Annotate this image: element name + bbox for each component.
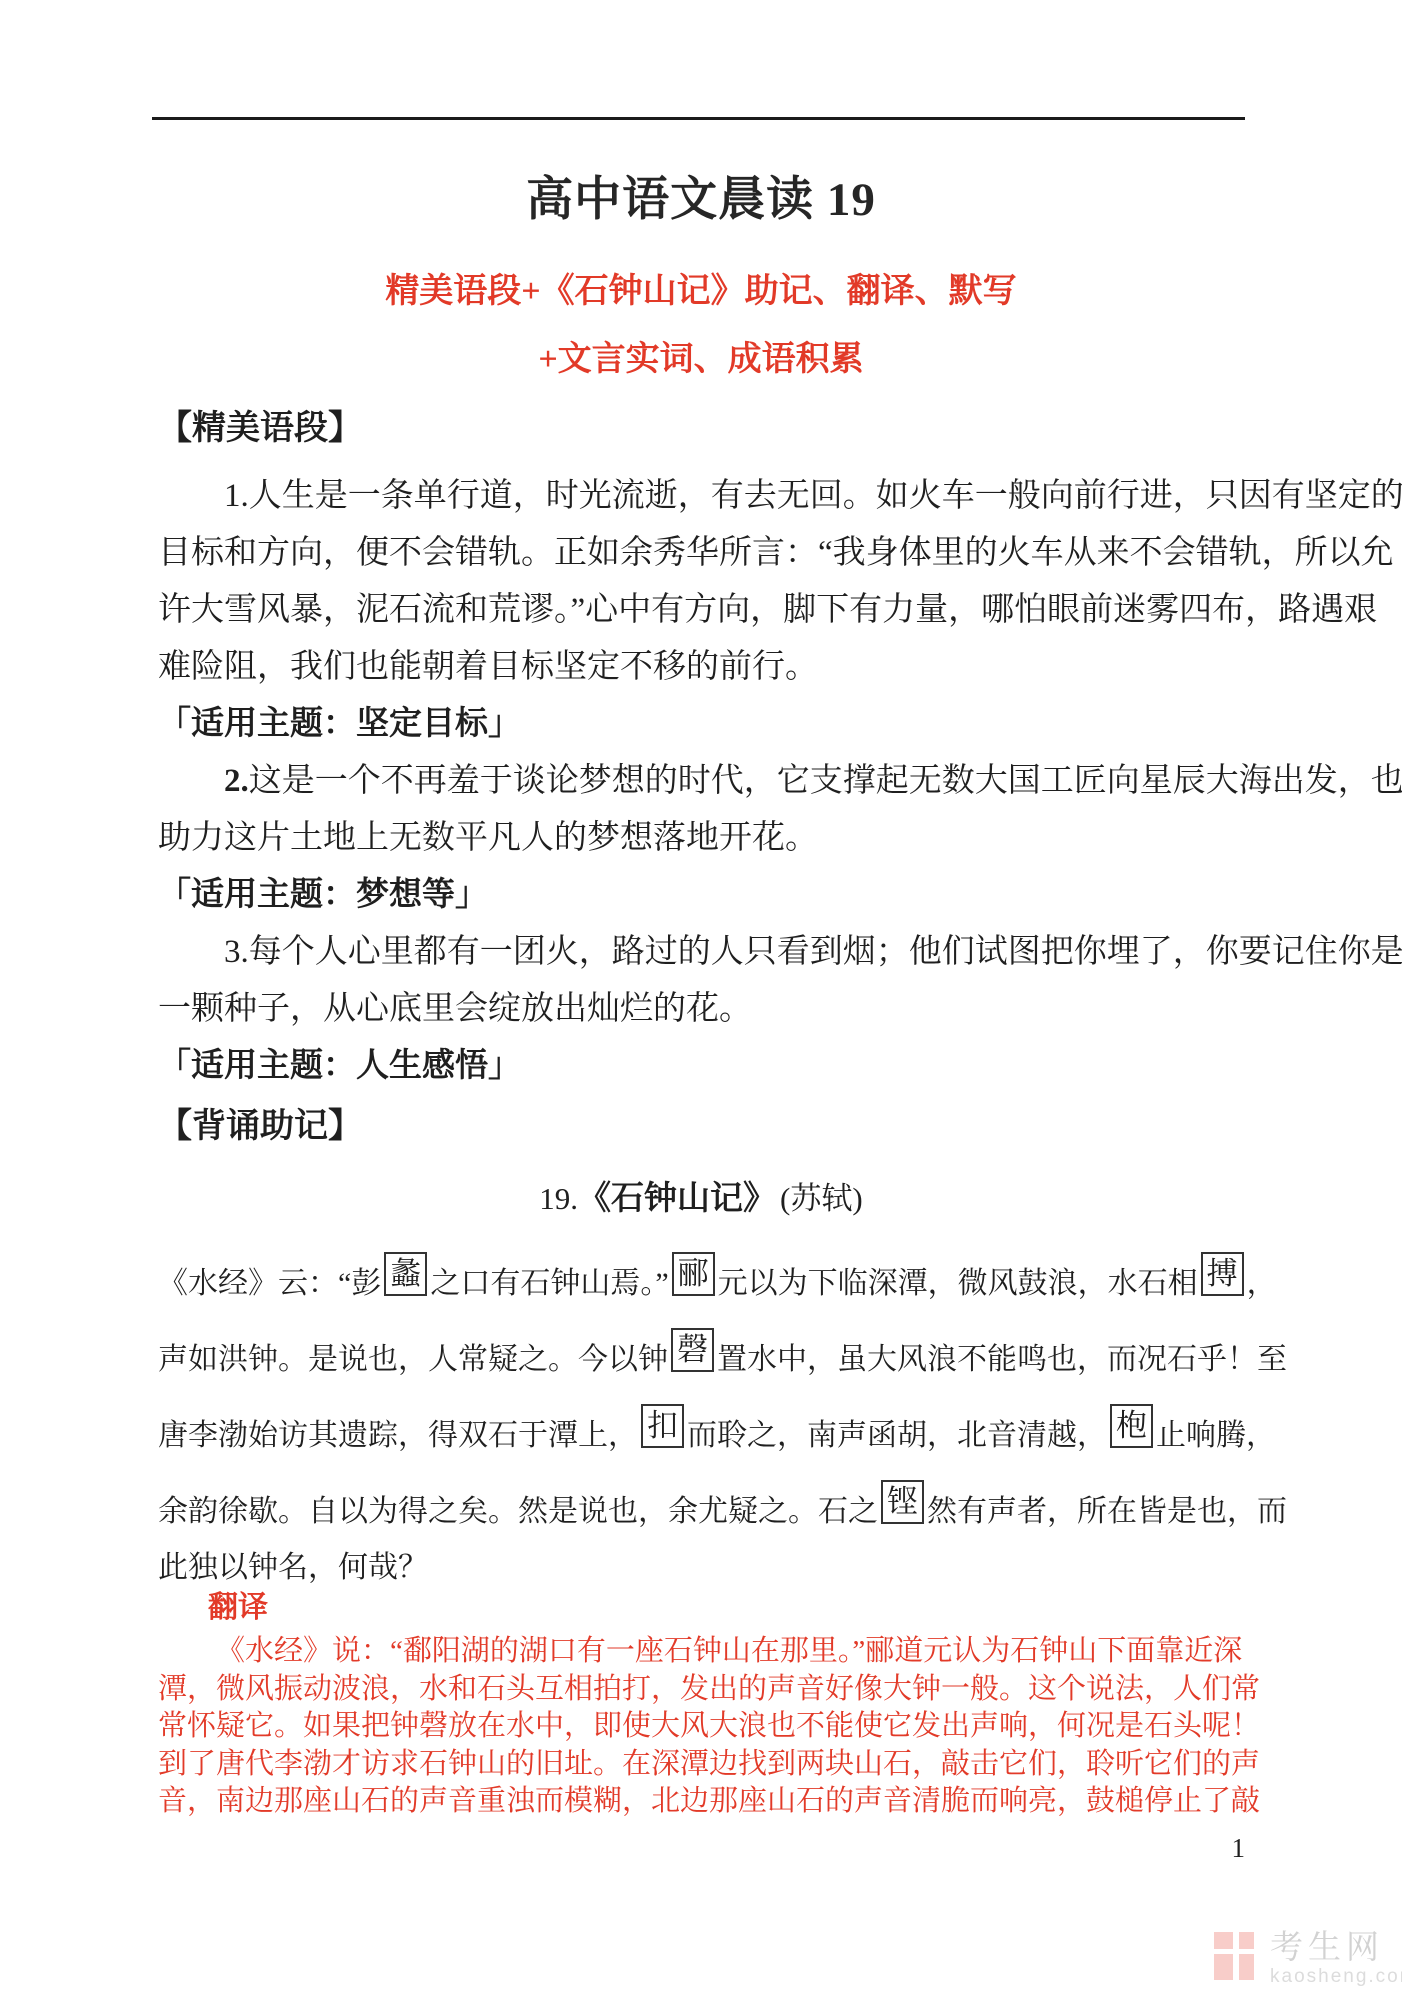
boxed-key-character: 磬: [671, 1328, 714, 1372]
classical-passage-block: 《水经》云：“彭蠡之口有石钟山焉。”郦元以为下临深潭，微风鼓浪，水石相搏，声如洪…: [158, 1246, 1258, 1606]
boxed-key-character: 蠡: [384, 1252, 427, 1296]
text-line: 常怀疑它。如果把钟磬放在水中，即使大风大浪也不能使它发出声响，何况是石头呢！: [158, 1708, 1258, 1746]
boxed-key-character: 扣: [641, 1404, 684, 1448]
text-line: 《水经》说：“鄱阳湖的湖口有一座石钟山在那里。”郦道元认为石钟山下面靠近深: [158, 1633, 1258, 1671]
classical-line: 声如洪钟。是说也，人常疑之。今以钟磬置水中，虽大风浪不能鸣也，而况石乎！至: [158, 1322, 1258, 1398]
text-line: 「适用主题：坚定目标」: [158, 696, 1258, 753]
text-line: 3.每个人心里都有一团火，路过的人只看到烟；他们试图把你埋了，你要记住你是: [158, 924, 1258, 981]
classical-line: 唐李渤始访其遗踪，得双石于潭上，扣而聆之，南声函胡，北音清越，枹止响腾，: [158, 1398, 1258, 1474]
piece-number: 19.: [539, 1181, 578, 1216]
boxed-key-character: 搏: [1201, 1252, 1244, 1296]
text-line: 1.人生是一条单行道，时光流逝，有去无回。如火车一般向前行进，只因有坚定的: [158, 468, 1258, 525]
text-line: 目标和方向，便不会错轨。正如余秀华所言：“我身体里的火车从来不会错轨，所以允: [158, 525, 1258, 582]
text-line: 许大雪风暴，泥石流和荒谬。”心中有方向，脚下有力量，哪怕眼前迷雾四布，路遇艰: [158, 582, 1258, 639]
text-line: 2.这是一个不再羞于谈论梦想的时代，它支撑起无数大国工匠向星辰大海出发，也: [158, 753, 1258, 810]
text-line: 「适用主题：梦想等」: [158, 867, 1258, 924]
piece-title: 19.《石钟山记》(苏轼): [0, 1180, 1402, 1220]
piece-author: (苏轼): [780, 1181, 863, 1216]
document-page: 高中语文晨读 19 精美语段+《石钟山记》助记、翻译、默写 +文言实词、成语积累…: [0, 0, 1402, 2000]
watermark-site-url: kaosheng.com: [1270, 1966, 1402, 1988]
site-watermark: 考生网 kaosheng.com: [1214, 1928, 1402, 1988]
text-line: 助力这片土地上无数平凡人的梦想落地开花。: [158, 810, 1258, 867]
translation-block: 《水经》说：“鄱阳湖的湖口有一座石钟山在那里。”郦道元认为石钟山下面靠近深潭，微…: [158, 1633, 1258, 1821]
text-line: 音，南边那座山石的声音重浊而模糊，北边那座山石的声音清脆而响亮，鼓槌停止了敲: [158, 1783, 1258, 1821]
text-line: 难险阻，我们也能朝着目标坚定不移的前行。: [158, 639, 1258, 696]
text-line: 到了唐代李渤才访求石钟山的旧址。在深潭边找到两块山石，敲击它们，聆听它们的声: [158, 1746, 1258, 1784]
boxed-key-character: 郦: [672, 1252, 715, 1296]
document-subtitle-line2: +文言实词、成语积累: [0, 340, 1402, 381]
document-title: 高中语文晨读 19: [0, 172, 1402, 228]
section-heading-memorization: 【背诵助记】: [158, 1107, 362, 1148]
text-line: 一颗种子，从心底里会绽放出灿烂的花。: [158, 981, 1258, 1038]
translation-label: 翻译: [208, 1591, 268, 1624]
classical-line: 《水经》云：“彭蠡之口有石钟山焉。”郦元以为下临深潭，微风鼓浪，水石相搏，: [158, 1246, 1258, 1322]
watermark-site-name: 考生网: [1270, 1930, 1402, 1963]
kaosheng-logo-icon: [1214, 1928, 1258, 1982]
piece-name: 《石钟山记》: [578, 1181, 776, 1217]
text-line: 「适用主题：人生感悟」: [158, 1038, 1258, 1095]
document-subtitle-line1: 精美语段+《石钟山记》助记、翻译、默写: [0, 272, 1402, 313]
boxed-key-character: 铿: [881, 1480, 924, 1524]
section-heading-beautiful-passages: 【精美语段】: [158, 409, 362, 450]
text-line: 潭，微风振动波浪，水和石头互相拍打，发出的声音好像大钟一般。这个说法，人们常: [158, 1671, 1258, 1709]
beautiful-passages-block: 1.人生是一条单行道，时光流逝，有去无回。如火车一般向前行进，只因有坚定的目标和…: [158, 468, 1258, 1095]
boxed-key-character: 枹: [1110, 1404, 1153, 1448]
header-rule: [152, 117, 1245, 120]
page-number: 1: [152, 1833, 1245, 1864]
